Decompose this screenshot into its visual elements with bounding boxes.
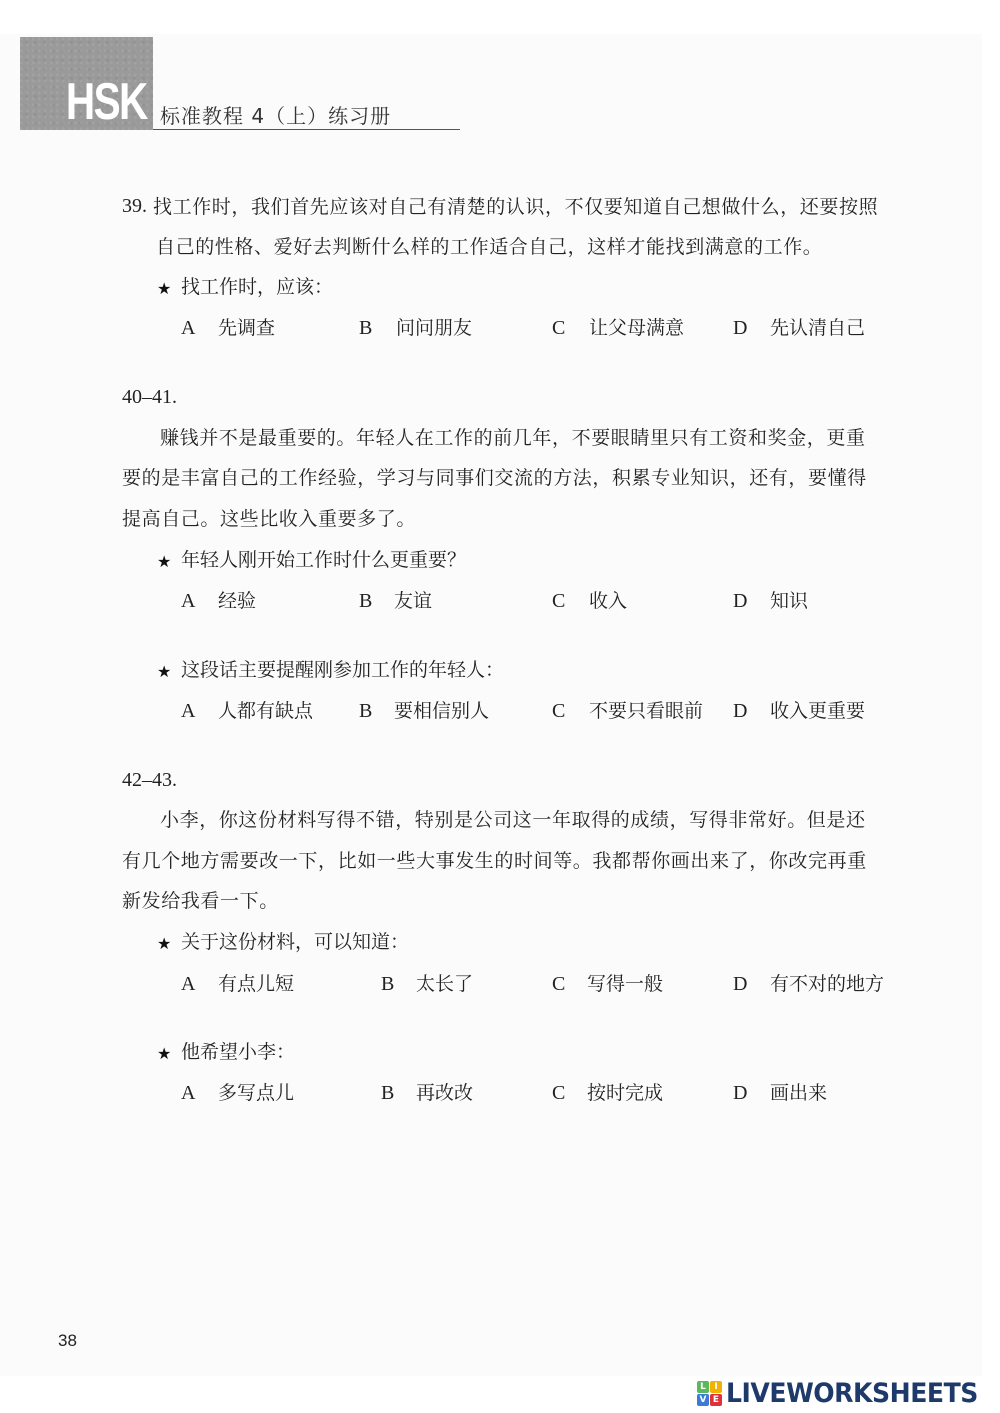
star-icon: ★ bbox=[157, 934, 171, 953]
option-text-b[interactable]: 友谊 bbox=[394, 591, 432, 611]
passage-line: 小李，你这份材料写得不错，特别是公司这一年取得的成绩，写得非常好。但是还 bbox=[160, 810, 866, 830]
passage-line: 要的是丰富自己的工作经验，学习与同事们交流的方法，积累专业知识，还有，要懂得 bbox=[122, 468, 867, 488]
option-text-c[interactable]: 不要只看眼前 bbox=[589, 701, 703, 721]
passage-line: 赚钱并不是最重要的。年轻人在工作的前几年，不要眼睛里只有工资和奖金，更重 bbox=[160, 428, 866, 448]
passage-line: 提高自己。这些比收入重要多了。 bbox=[122, 509, 416, 529]
option-text-a[interactable]: 多写点儿 bbox=[218, 1083, 294, 1103]
option-text-b[interactable]: 太长了 bbox=[416, 974, 473, 994]
option-text-b[interactable]: 要相信别人 bbox=[394, 701, 489, 721]
option-letter-c[interactable]: C bbox=[552, 318, 565, 338]
page-number: 38 bbox=[58, 1331, 77, 1351]
option-letter-b[interactable]: B bbox=[359, 591, 372, 611]
liveworksheets-wordmark: LIVEWORKSHEETS bbox=[726, 1378, 978, 1409]
option-text-c[interactable]: 按时完成 bbox=[587, 1083, 663, 1103]
option-text-b[interactable]: 问问朋友 bbox=[396, 318, 472, 338]
star-icon: ★ bbox=[157, 552, 171, 571]
question-prompt: 这段话主要提醒刚参加工作的年轻人： bbox=[181, 660, 504, 680]
option-text-d[interactable]: 收入更重要 bbox=[770, 701, 865, 721]
option-letter-d[interactable]: D bbox=[733, 591, 747, 611]
option-letter-d[interactable]: D bbox=[733, 318, 747, 338]
option-letter-d[interactable]: D bbox=[733, 1083, 747, 1103]
passage-line: 自己的性格、爱好去判断什么样的工作适合自己，这样才能找到满意的工作。 bbox=[156, 237, 822, 257]
hsk-logo-text: HSK bbox=[66, 76, 147, 128]
logo-square-e: E bbox=[710, 1394, 722, 1406]
hsk-logo-block: HSK bbox=[20, 37, 153, 130]
option-text-a[interactable]: 有点儿短 bbox=[218, 974, 294, 994]
option-text-c[interactable]: 写得一般 bbox=[587, 974, 663, 994]
option-letter-a[interactable]: A bbox=[181, 318, 195, 338]
option-text-a[interactable]: 经验 bbox=[218, 591, 256, 611]
option-letter-a[interactable]: A bbox=[181, 591, 195, 611]
passage-line: 有几个地方需要改一下，比如一些大事发生的时间等。我都帮你画出来了，你改完再重 bbox=[122, 851, 867, 871]
question-prompt: 关于这份材料，可以知道： bbox=[181, 932, 409, 952]
question-prompt: 他希望小李： bbox=[181, 1042, 295, 1062]
option-letter-a[interactable]: A bbox=[181, 701, 195, 721]
option-letter-b[interactable]: B bbox=[381, 974, 394, 994]
passage-line: 找工作时，我们首先应该对自己有清楚的认识，不仅要知道自己想做什么，还要按照 bbox=[153, 197, 878, 217]
question-number-42-43: 42–43. bbox=[122, 770, 177, 790]
option-letter-a[interactable]: A bbox=[181, 1083, 195, 1103]
option-text-d[interactable]: 先认清自己 bbox=[770, 318, 865, 338]
liveworksheets-logo[interactable]: L I V E LIVEWORKSHEETS bbox=[697, 1378, 997, 1408]
option-text-a[interactable]: 先调查 bbox=[218, 318, 275, 338]
option-text-d[interactable]: 有不对的地方 bbox=[770, 974, 884, 994]
option-letter-b[interactable]: B bbox=[359, 318, 372, 338]
live-squares-icon: L I V E bbox=[697, 1381, 722, 1406]
logo-square-v: V bbox=[697, 1394, 709, 1406]
star-icon: ★ bbox=[157, 1044, 171, 1063]
question-number-39: 39. bbox=[122, 196, 147, 216]
option-text-d[interactable]: 知识 bbox=[770, 591, 808, 611]
question-prompt: 找工作时，应该： bbox=[181, 277, 333, 297]
option-letter-d[interactable]: D bbox=[733, 974, 747, 994]
option-letter-b[interactable]: B bbox=[359, 701, 372, 721]
passage-line: 新发给我看一下。 bbox=[122, 891, 279, 911]
option-text-a[interactable]: 人都有缺点 bbox=[218, 701, 313, 721]
option-letter-c[interactable]: C bbox=[552, 974, 565, 994]
option-letter-c[interactable]: C bbox=[552, 591, 565, 611]
option-text-c[interactable]: 让父母满意 bbox=[589, 318, 684, 338]
question-prompt: 年轻人刚开始工作时什么更重要？ bbox=[181, 550, 466, 570]
option-letter-c[interactable]: C bbox=[552, 1083, 565, 1103]
option-letter-b[interactable]: B bbox=[381, 1083, 394, 1103]
question-number-40-41: 40–41. bbox=[122, 387, 177, 407]
star-icon: ★ bbox=[157, 279, 171, 298]
star-icon: ★ bbox=[157, 662, 171, 681]
option-letter-a[interactable]: A bbox=[181, 974, 195, 994]
book-title: 标准教程 4（上）练习册 bbox=[160, 100, 391, 129]
option-text-d[interactable]: 画出来 bbox=[770, 1083, 827, 1103]
option-text-b[interactable]: 再改改 bbox=[416, 1083, 473, 1103]
option-text-c[interactable]: 收入 bbox=[589, 591, 627, 611]
logo-square-i: I bbox=[710, 1381, 722, 1393]
option-letter-c[interactable]: C bbox=[552, 701, 565, 721]
logo-square-l: L bbox=[697, 1381, 709, 1393]
option-letter-d[interactable]: D bbox=[733, 701, 747, 721]
title-underline bbox=[153, 129, 460, 130]
